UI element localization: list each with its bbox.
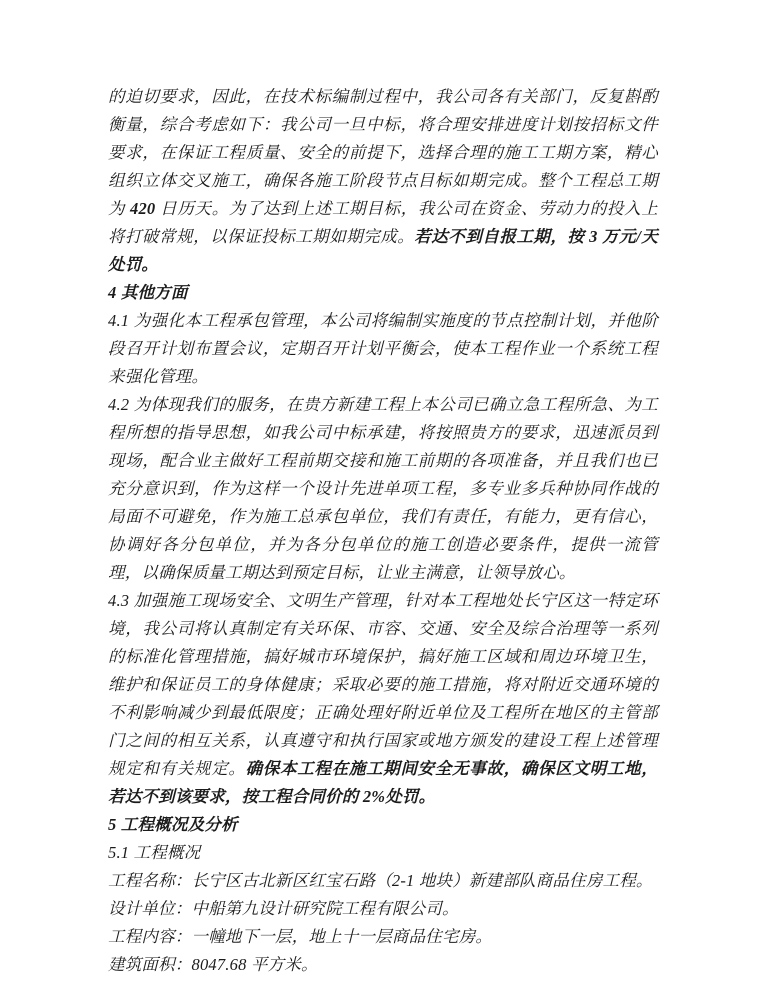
para-building-area: 建筑面积：8047.68 平方米。 [108, 951, 658, 979]
document-content: 的迫切要求，因此，在技术标编制过程中，我公司各有关部门，反复斟酌衡量，综合考虑如… [108, 83, 658, 979]
text-run: 4.1 为强化本工程承包管理，本公司将编制实施度的节点控制计划，并他阶段召开计划… [108, 311, 658, 386]
text-run: 建筑面积：8047.68 平方米。 [108, 955, 318, 974]
text-run: 设计单位：中船第九设计研究院工程有限公司。 [108, 899, 459, 918]
text-run: 4.2 为体现我们的服务，在贵方新建工程上本公司已确立急工程所急、为工程所想的指… [108, 395, 658, 582]
bold-text-run: 4 其他方面 [108, 283, 188, 302]
para-4-3: 4.3 加强施工现场安全、文明生产管理，针对本工程地处长宁区这一特定环境，我公司… [108, 587, 658, 811]
text-run: 工程内容：一幢地下一层，地上十一层商品住宅房。 [108, 927, 492, 946]
para-project-content: 工程内容：一幢地下一层，地上十一层商品住宅房。 [108, 923, 658, 951]
text-run: 5.1 工程概况 [108, 843, 200, 862]
heading-section-5: 5 工程概况及分析 [108, 811, 658, 839]
para-project-name: 工程名称：长宁区古北新区红宝石路（2-1 地块）新建部队商品住房工程。 [108, 867, 658, 895]
heading-5-1: 5.1 工程概况 [108, 839, 658, 867]
document-page: 的迫切要求，因此，在技术标编制过程中，我公司各有关部门，反复斟酌衡量，综合考虑如… [0, 0, 765, 990]
text-run: 4.3 加强施工现场安全、文明生产管理，针对本工程地处长宁区这一特定环境，我公司… [108, 591, 658, 778]
para-design-unit: 设计单位：中船第九设计研究院工程有限公司。 [108, 895, 658, 923]
para-4-2: 4.2 为体现我们的服务，在贵方新建工程上本公司已确立急工程所急、为工程所想的指… [108, 391, 658, 587]
text-run: 工程名称：长宁区古北新区红宝石路（2-1 地块）新建部队商品住房工程。 [108, 871, 653, 890]
para-4-1: 4.1 为强化本工程承包管理，本公司将编制实施度的节点控制计划，并他阶段召开计划… [108, 307, 658, 391]
para-schedule-continuation: 的迫切要求，因此，在技术标编制过程中，我公司各有关部门，反复斟酌衡量，综合考虑如… [108, 83, 658, 279]
heading-section-4: 4 其他方面 [108, 279, 658, 307]
bold-text-run: 5 工程概况及分析 [108, 815, 238, 834]
bold-text-run: 420 [130, 199, 155, 218]
